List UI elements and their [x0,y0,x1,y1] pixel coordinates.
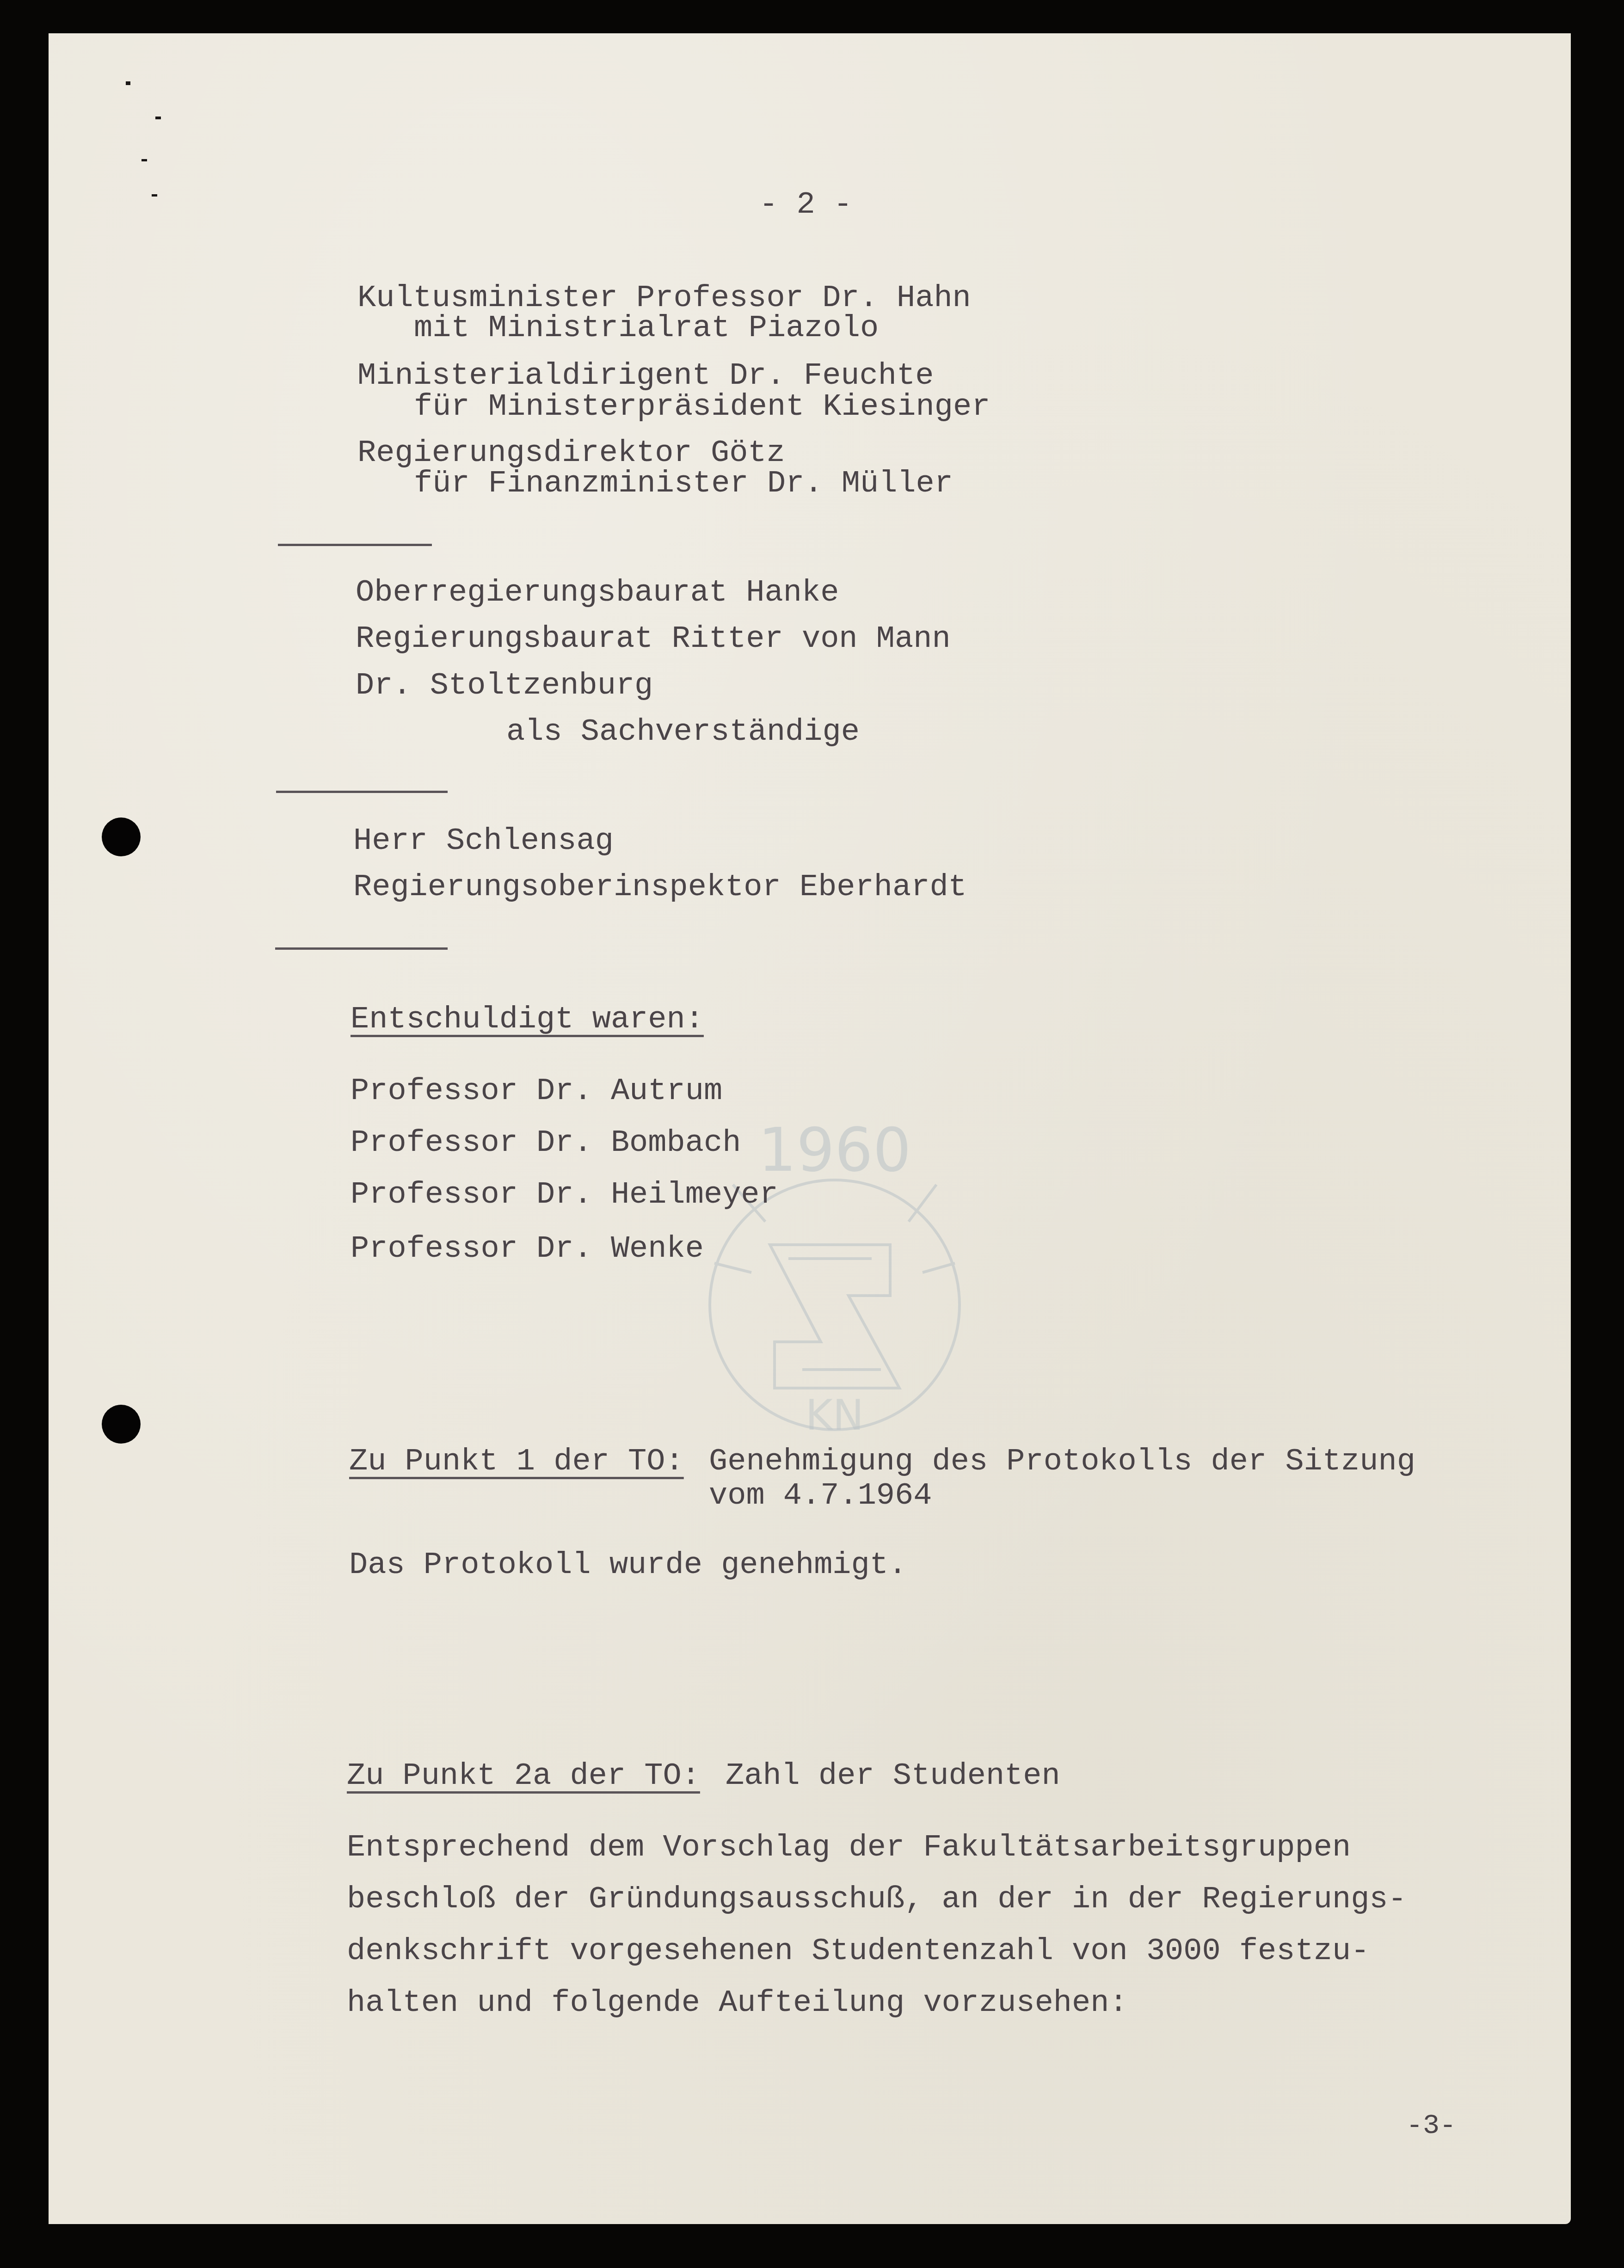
svg-text:KN: KN [806,1391,864,1434]
agenda-item-body: Entsprechend dem Vorschlag der Fakultäts… [347,1832,1351,1863]
agenda-item-body: Das Protokoll wurde genehmigt. [349,1550,907,1581]
excused-name: Professor Dr. Autrum [351,1076,722,1107]
staple-mark-icon [152,194,157,197]
svg-text:1960: 1960 [758,1115,911,1185]
next-page-marker: -3- [1406,2112,1456,2140]
attendee-detail: für Ministerpräsident Kiesinger [414,392,990,423]
agenda-item-label: Zu Punkt 1 der TO: [349,1446,684,1477]
punch-hole [102,1405,141,1444]
attendee-detail: mit Ministrialrat Piazolo [414,313,879,344]
expert-name: Oberregierungsbaurat Hanke [356,578,839,608]
attendee-name: Regierungsdirektor Götz [357,438,785,469]
staff-name: Regierungsoberinspektor Eberhardt [353,872,967,903]
staple-mark-icon [126,81,130,85]
agenda-item-body: halten und folgende Aufteilung vorzusehe… [347,1988,1128,2019]
agenda-item-title: Genehmigung des Protokolls der Sitzung [709,1446,1415,1477]
page-number: - 2 - [759,190,852,221]
staff-name: Herr Schlensag [353,826,614,857]
excused-heading: Entschuldigt waren: [351,1004,704,1035]
expert-name: Dr. Stoltzenburg [356,670,653,701]
document-page: 1960 KN - 2 - Kultusminister Professor D… [49,33,1571,2224]
attendee-detail: für Finanzminister Dr. Müller [414,468,953,499]
section-divider [276,791,448,793]
excused-name: Professor Dr. Bombach [351,1128,741,1159]
excused-name: Professor Dr. Heilmeyer [351,1180,778,1211]
excused-name: Professor Dr. Wenke [351,1234,704,1265]
agenda-item-title: vom 4.7.1964 [709,1481,932,1512]
section-divider [278,544,432,546]
agenda-item-title: Zahl der Studenten [726,1761,1060,1792]
agenda-item-body: beschloß der Gründungsausschuß, an der i… [347,1884,1407,1915]
attendee-name: Ministerialdirigent Dr. Feuchte [357,361,934,392]
staple-mark-icon [141,159,147,161]
section-divider [275,947,448,950]
staple-mark-icon [155,117,161,119]
agenda-item-body: denkschrift vorgesehenen Studentenzahl v… [347,1936,1369,1967]
expert-name: Regierungsbaurat Ritter von Mann [356,624,951,655]
expert-role: als Sachverständige [506,717,860,748]
attendee-name: Kultusminister Professor Dr. Hahn [357,283,971,314]
agenda-item-label: Zu Punkt 2a der TO: [347,1761,700,1792]
punch-hole [102,817,141,856]
